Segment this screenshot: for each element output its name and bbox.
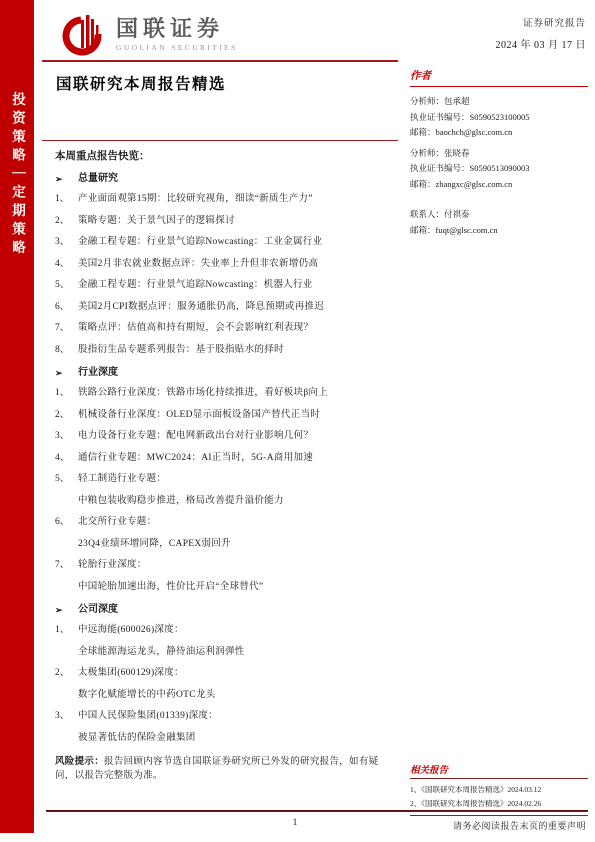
item-lines: 轮胎行业深度：中国轮胎加速出海，性价比开启“全球替代”: [78, 559, 398, 602]
section-arrow-icon: ➢: [55, 367, 78, 379]
item-number: 4、: [55, 452, 78, 464]
report-item: 3、金融工程专题：行业景气追踪Nowcasting：工业金属行业: [55, 236, 398, 258]
risk-text: 报告回顾内容节选自国联证券研究所已外发的研究报告，如有疑问，以报告完整版为准。: [55, 757, 378, 781]
authors-heading: 作者: [410, 68, 588, 87]
section-header: ➢公司深度: [55, 604, 398, 616]
header-rule: [42, 60, 398, 62]
authors-panel: 作者 分析师：包承超执业证书编号：S0590523100005邮箱：baochc…: [410, 68, 588, 238]
guolian-logo-icon: [60, 10, 108, 58]
item-lines: 中远海能(600026)深度：全球能源海运龙头，静待油运利润弹性: [78, 624, 398, 667]
sidebar-strip: 投资策略｜定期策略: [0, 0, 34, 833]
item-line: 中国轮胎加速出海，性价比开启“全球替代”: [78, 581, 398, 593]
item-number: 2、: [55, 409, 78, 421]
document-meta: 证券研究报告 2024 年 03 月 17 日: [400, 15, 586, 51]
report-date: 2024 年 03 月 17 日: [400, 36, 586, 51]
report-item: 1、产业面面观第15期：比较研究视角，细读“新质生产力”: [55, 193, 398, 215]
item-number: 3、: [55, 236, 78, 248]
item-line: 电力设备行业专题：配电网新政出台对行业影响几何？: [78, 430, 398, 442]
item-lines: 美国2月非农就业数据点评：失业率上升但非农新增仍高: [78, 258, 398, 280]
item-number: 8、: [55, 344, 78, 356]
item-number: 1、: [55, 624, 78, 636]
item-line: 产业面面观第15期：比较研究视角，细读“新质生产力”: [78, 193, 398, 205]
item-line: 数字化赋能增长的中药OTC龙头: [78, 689, 398, 701]
item-lines: 轻工制造行业专题：中粮包装收购稳步推进，格局改善提升溢价能力: [78, 473, 398, 516]
item-lines: 金融工程专题：行业景气追踪Nowcasting：机器人行业: [78, 279, 398, 301]
related-items: 1、《国联研究本周报告精选》2024.03.122、《国联研究本周报告精选》20…: [410, 783, 588, 810]
item-number: 7、: [55, 559, 78, 571]
contact-email: 邮箱：fuqt@glsc.com.cn: [410, 223, 588, 239]
section-arrow-icon: ➢: [55, 173, 78, 185]
footer-rule: [46, 810, 588, 812]
author-cert: 执业证书编号：S0590513090003: [410, 161, 588, 177]
report-item: 7、策略点评：估值高和持有期短，会不会影响红利表现？: [55, 322, 398, 344]
report-item: 4、美国2月非农就业数据点评：失业率上升但非农新增仍高: [55, 258, 398, 280]
item-lines: 太极集团(600129)深度：数字化赋能增长的中药OTC龙头: [78, 667, 398, 710]
item-lines: 产业面面观第15期：比较研究视角，细读“新质生产力”: [78, 193, 398, 215]
footer-disclaimer: 请务必阅读报告末页的重要声明: [400, 819, 586, 832]
quick-view-heading: 本周重点报告快览：: [55, 150, 398, 164]
related-heading: 相关报告: [410, 762, 588, 779]
section-arrow-icon: ➢: [55, 604, 78, 616]
item-lines: 金融工程专题：行业景气追踪Nowcasting：工业金属行业: [78, 236, 398, 258]
logo-text: 国联证券 GUOLIAN SECURITIES: [116, 17, 238, 52]
item-line: 美国2月非农就业数据点评：失业率上升但非农新增仍高: [78, 258, 398, 270]
item-line: 铁路公路行业深度：铁路市场化持续推进，看好板块β向上: [78, 387, 398, 399]
item-lines: 美国2月CPI数据点评：服务通胀仍高，降息预期或再推迟: [78, 301, 398, 323]
item-lines: 策略点评：估值高和持有期短，会不会影响红利表现？: [78, 322, 398, 344]
item-lines: 北交所行业专题：23Q4业绩环增同降，CAPEX弱回升: [78, 516, 398, 559]
item-line: 机械设备行业深度：OLED显示面板设备国产替代正当时: [78, 409, 398, 421]
item-number: 3、: [55, 430, 78, 442]
item-line: 通信行业专题：MWC2024：AI正当时，5G-A商用加速: [78, 452, 398, 464]
risk-note: 风险提示：报告回顾内容节选自国联证券研究所已外发的研究报告，如有疑问，以报告完整…: [55, 756, 395, 783]
contact-entry: 联系人：付祺泰邮箱：fuqt@glsc.com.cn: [410, 207, 588, 238]
item-line: 23Q4业绩环增同降，CAPEX弱回升: [78, 538, 398, 550]
report-item: 2、策略专题：关于景气因子的逻辑探讨: [55, 215, 398, 237]
section-title: 公司深度: [78, 604, 118, 616]
report-item: 5、轻工制造行业专题：中粮包装收购稳步推进，格局改善提升溢价能力: [55, 473, 398, 516]
report-page: 投资策略｜定期策略 国联证券 GUOLIAN SECURITIES 证券研究报告…: [0, 0, 595, 842]
report-item: 2、机械设备行业深度：OLED显示面板设备国产替代正当时: [55, 409, 398, 431]
item-line: 中远海能(600026)深度：: [78, 624, 398, 636]
author-role-name: 分析师：张晓春: [410, 146, 588, 162]
item-line: 太极集团(600129)深度：: [78, 667, 398, 679]
item-line: 美国2月CPI数据点评：服务通胀仍高，降息预期或再推迟: [78, 301, 398, 313]
item-number: 5、: [55, 473, 78, 485]
author-cert: 执业证书编号：S0590523100005: [410, 110, 588, 126]
item-line: 被显著低估的保险金融集团: [78, 732, 398, 744]
report-item: 4、通信行业专题：MWC2024：AI正当时，5G-A商用加速: [55, 452, 398, 474]
report-item: 8、股指衍生品专题系列报告：基于股指贴水的择时: [55, 344, 398, 366]
item-line: 策略专题：关于景气因子的逻辑探讨: [78, 215, 398, 227]
item-number: 2、: [55, 667, 78, 679]
report-item: 5、金融工程专题：行业景气追踪Nowcasting：机器人行业: [55, 279, 398, 301]
item-lines: 电力设备行业专题：配电网新政出台对行业影响几何？: [78, 430, 398, 452]
item-line: 股指衍生品专题系列报告：基于股指贴水的择时: [78, 344, 398, 356]
risk-label: 风险提示：: [55, 757, 104, 767]
item-number: 3、: [55, 710, 78, 722]
item-line: 全球能源海运龙头，静待油运利润弹性: [78, 646, 398, 658]
item-line: 金融工程专题：行业景气追踪Nowcasting：机器人行业: [78, 279, 398, 291]
report-type-label: 证券研究报告: [400, 15, 586, 29]
report-item: 6、北交所行业专题：23Q4业绩环增同降，CAPEX弱回升: [55, 516, 398, 559]
item-line: 策略点评：估值高和持有期短，会不会影响红利表现？: [78, 322, 398, 334]
logo-en-text: GUOLIAN SECURITIES: [116, 43, 238, 52]
item-line: 轮胎行业深度：: [78, 559, 398, 571]
item-number: 2、: [55, 215, 78, 227]
author-role-name: 分析师：包承超: [410, 94, 588, 110]
related-item: 2、《国联研究本周报告精选》2024.02.26: [410, 797, 588, 811]
section-title: 行业深度: [78, 367, 118, 379]
item-lines: 机械设备行业深度：OLED显示面板设备国产替代正当时: [78, 409, 398, 431]
item-lines: 策略专题：关于景气因子的逻辑探讨: [78, 215, 398, 237]
item-number: 4、: [55, 258, 78, 270]
item-number: 7、: [55, 322, 78, 334]
item-line: 北交所行业专题：: [78, 516, 398, 528]
item-lines: 股指衍生品专题系列报告：基于股指贴水的择时: [78, 344, 398, 366]
item-number: 1、: [55, 193, 78, 205]
item-number: 1、: [55, 387, 78, 399]
related-item: 1、《国联研究本周报告精选》2024.03.12: [410, 783, 588, 797]
page-number: 1: [278, 818, 312, 828]
author-entry: 分析师：包承超执业证书编号：S0590523100005邮箱：baochch@g…: [410, 94, 588, 141]
item-lines: 铁路公路行业深度：铁路市场化持续推进，看好板块β向上: [78, 387, 398, 409]
report-item: 6、美国2月CPI数据点评：服务通胀仍高，降息预期或再推迟: [55, 301, 398, 323]
item-number: 6、: [55, 516, 78, 528]
sidebar-label: 投资策略｜定期策略: [7, 0, 27, 833]
item-lines: 通信行业专题：MWC2024：AI正当时，5G-A商用加速: [78, 452, 398, 474]
report-item: 1、铁路公路行业深度：铁路市场化持续推进，看好板块β向上: [55, 387, 398, 409]
report-item: 7、轮胎行业深度：中国轮胎加速出海，性价比开启“全球替代”: [55, 559, 398, 602]
report-item: 2、太极集团(600129)深度：数字化赋能增长的中药OTC龙头: [55, 667, 398, 710]
item-line: 金融工程专题：行业景气追踪Nowcasting：工业金属行业: [78, 236, 398, 248]
report-item: 3、电力设备行业专题：配电网新政出台对行业影响几何？: [55, 430, 398, 452]
report-sections: ➢总量研究1、产业面面观第15期：比较研究视角，细读“新质生产力”2、策略专题：…: [55, 173, 398, 753]
logo-cn-text: 国联证券: [116, 17, 238, 41]
author-email: 邮箱：zhangxc@glsc.com.cn: [410, 177, 588, 193]
section-header: ➢行业深度: [55, 367, 398, 379]
item-line: 中粮包装收购稳步推进，格局改善提升溢价能力: [78, 495, 398, 507]
contact-role-name: 联系人：付祺泰: [410, 207, 588, 223]
item-number: 6、: [55, 301, 78, 313]
author-entries: 分析师：包承超执业证书编号：S0590523100005邮箱：baochch@g…: [410, 94, 588, 192]
guolian-logo: 国联证券 GUOLIAN SECURITIES: [60, 10, 238, 58]
report-item: 1、中远海能(600026)深度：全球能源海运龙头，静待油运利润弹性: [55, 624, 398, 667]
author-email: 邮箱：baochch@glsc.com.cn: [410, 125, 588, 141]
item-number: 5、: [55, 279, 78, 291]
section-header: ➢总量研究: [55, 173, 398, 185]
page-title: 国联研究本周报告精选: [56, 72, 226, 94]
author-entry: 分析师：张晓春执业证书编号：S0590513090003邮箱：zhangxc@g…: [410, 146, 588, 193]
related-panel: 相关报告 1、《国联研究本周报告精选》2024.03.122、《国联研究本周报告…: [410, 762, 588, 816]
item-line: 轻工制造行业专题：: [78, 473, 398, 485]
item-line: 中国人民保险集团(01339)深度：: [78, 710, 398, 722]
main-column: 本周重点报告快览： ➢总量研究1、产业面面观第15期：比较研究视角，细读“新质生…: [42, 140, 398, 783]
section-title: 总量研究: [78, 173, 118, 185]
item-lines: 中国人民保险集团(01339)深度：被显著低估的保险金融集团: [78, 710, 398, 753]
report-item: 3、中国人民保险集团(01339)深度：被显著低估的保险金融集团: [55, 710, 398, 753]
